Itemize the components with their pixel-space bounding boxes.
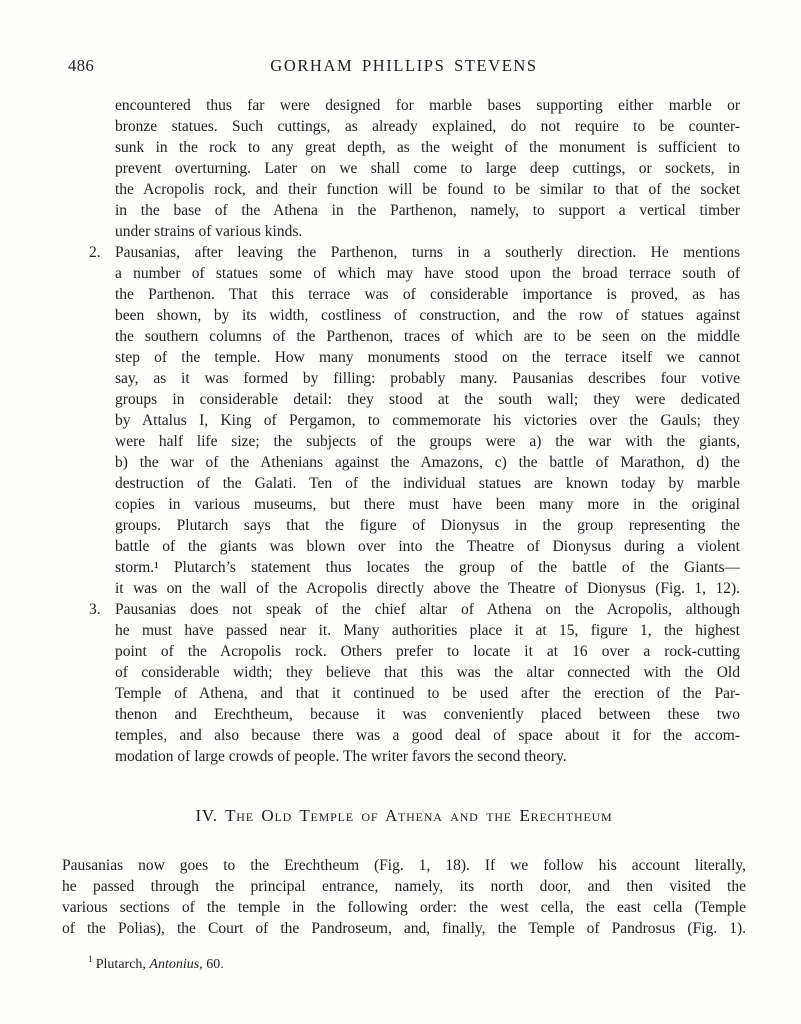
text-line: b) the war of the Athenians against the … — [115, 452, 740, 473]
lower-section: IV. The Old Temple of Athena and the Ere… — [62, 797, 746, 974]
item-number: 2. — [89, 242, 111, 263]
text-line: under strains of various kinds. — [115, 221, 740, 242]
text-line: it was on the wall of the Acropolis dire… — [115, 578, 740, 599]
text-line: battle of the giants was blown over into… — [115, 536, 740, 557]
text-line: bronze statues. Such cuttings, as alread… — [115, 116, 740, 137]
footnote-text-after: 60. — [203, 957, 224, 972]
text-line: of the Polias), the Court of the Pandros… — [62, 918, 746, 939]
opening-paragraph: encountered thus far were designed for m… — [115, 95, 740, 242]
footnote: 1Plutarch, Antonius, 60. — [62, 956, 746, 974]
closing-paragraph: Pausanias now goes to the Erechtheum (Fi… — [62, 855, 746, 939]
item-paragraph: Pausanias does not speak of the chief al… — [115, 599, 740, 767]
page-number: 486 — [68, 56, 94, 76]
text-line: temples, and also because there was a go… — [115, 725, 740, 746]
text-line: Pausanias, after leaving the Parthenon, … — [115, 242, 740, 263]
main-text-block: encountered thus far were designed for m… — [115, 95, 740, 767]
text-line: modation of large crowds of people. The … — [115, 746, 740, 767]
text-line: Pausanias now goes to the Erechtheum (Fi… — [62, 855, 746, 876]
text-line: Temple of Athena, and that it continued … — [115, 683, 740, 704]
item-number: 3. — [89, 599, 111, 620]
numbered-item-3: 3. Pausanias does not speak of the chief… — [115, 599, 740, 767]
text-line: were half life size; the subjects of the… — [115, 431, 740, 452]
footnote-italic-title: Antonius, — [149, 957, 202, 972]
text-line: step of the temple. How many monuments s… — [115, 347, 740, 368]
footnote-marker: 1 — [88, 955, 93, 965]
running-title: GORHAM PHILLIPS STEVENS — [62, 56, 746, 76]
text-line: copies in various museums, but there mus… — [115, 494, 740, 515]
footnote-text: Plutarch, — [96, 957, 150, 972]
text-line: the southern columns of the Parthenon, t… — [115, 326, 740, 347]
item-paragraph: Pausanias, after leaving the Parthenon, … — [115, 242, 740, 599]
text-line: encountered thus far were designed for m… — [115, 95, 740, 116]
text-line: he passed through the principal entrance… — [62, 876, 746, 897]
text-line: by Attalus I, King of Pergamon, to comme… — [115, 410, 740, 431]
text-line: Pausanias does not speak of the chief al… — [115, 599, 740, 620]
text-line: groups in considerable detail: they stoo… — [115, 389, 740, 410]
text-line: say, as it was formed by filling: probab… — [115, 368, 740, 389]
text-line: various sections of the temple in the fo… — [62, 897, 746, 918]
section-heading: IV. The Old Temple of Athena and the Ere… — [62, 805, 746, 826]
text-line: sunk in the rock to any great depth, as … — [115, 137, 740, 158]
book-page: 486 GORHAM PHILLIPS STEVENS encountered … — [0, 0, 801, 1024]
text-line: in the base of the Athena in the Parthen… — [115, 200, 740, 221]
text-line: prevent overturning. Later on we shall c… — [115, 158, 740, 179]
text-line: point of the Acropolis rock. Others pref… — [115, 641, 740, 662]
text-line: destruction of the Galati. Ten of the in… — [115, 473, 740, 494]
text-line: the Parthenon. That this terrace was of … — [115, 284, 740, 305]
text-line: been shown, by its width, costliness of … — [115, 305, 740, 326]
text-line: thenon and Erechtheum, because it was co… — [115, 704, 740, 725]
text-line: of considerable width; they believe that… — [115, 662, 740, 683]
text-line: the Acropolis rock, and their function w… — [115, 179, 740, 200]
text-line: a number of statues some of which may ha… — [115, 263, 740, 284]
text-line: groups. Plutarch says that the figure of… — [115, 515, 740, 536]
running-header: 486 GORHAM PHILLIPS STEVENS — [62, 56, 746, 78]
numbered-item-2: 2. Pausanias, after leaving the Partheno… — [115, 242, 740, 599]
text-line: storm.¹ Plutarch’s statement thus locate… — [115, 557, 740, 578]
text-line: he must have passed near it. Many author… — [115, 620, 740, 641]
